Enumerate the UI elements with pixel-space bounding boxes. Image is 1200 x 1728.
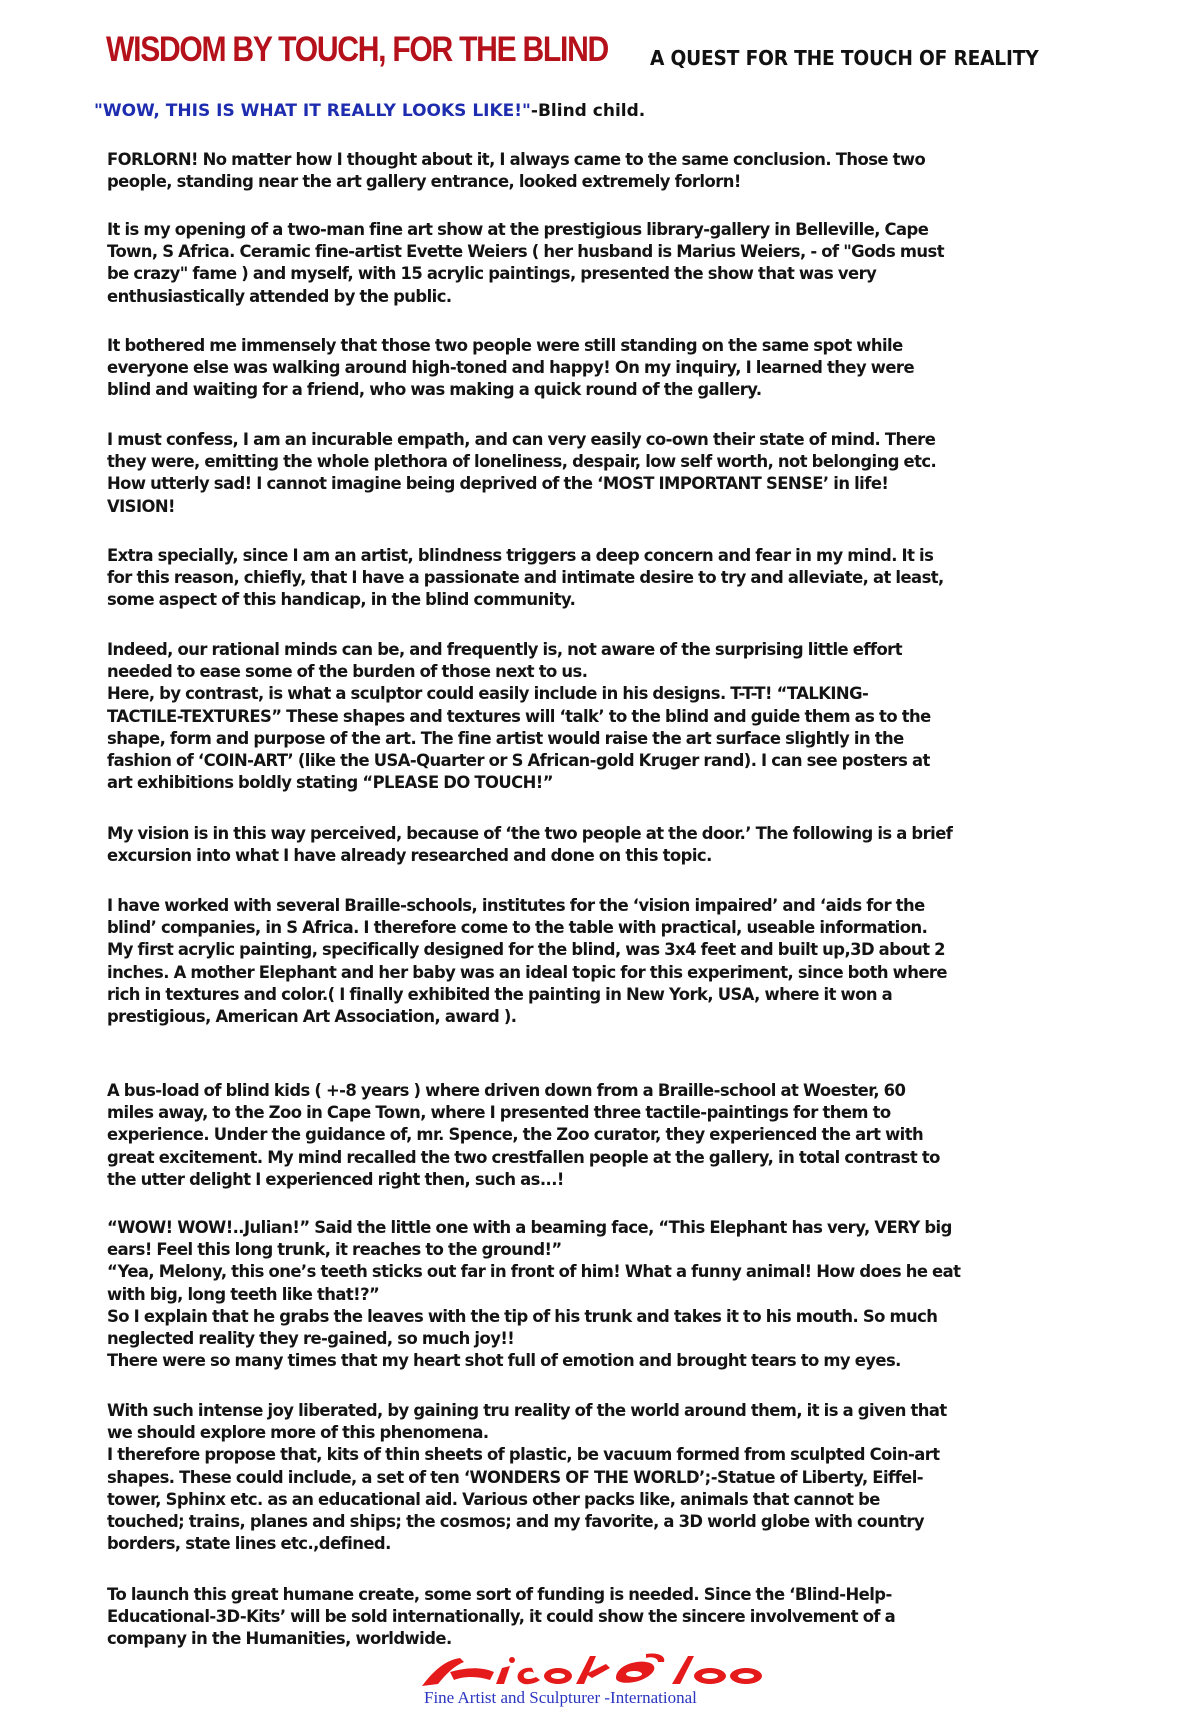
- paragraph-artist: Extra specially, since I am an artist, b…: [107, 545, 1107, 612]
- epigraph: "WOW, THIS IS WHAT IT REALLY LOOKS LIKE!…: [94, 100, 645, 122]
- text-line: for this reason, chiefly, that I have a …: [107, 567, 1107, 589]
- text-line: we should explore more of this phenomena…: [107, 1422, 1107, 1444]
- text-line: fashion of ‘COIN-ART’ (like the USA-Quar…: [107, 750, 1107, 772]
- text-line: My vision is in this way perceived, beca…: [107, 823, 1107, 845]
- text-line: miles away, to the Zoo in Cape Town, whe…: [107, 1102, 1107, 1124]
- text-line: inches. A mother Elephant and her baby w…: [107, 962, 1107, 984]
- text-line: To launch this great humane create, some…: [107, 1584, 1107, 1606]
- text-line: people, standing near the art gallery en…: [107, 171, 1107, 193]
- paragraph-bus-load: A bus-load of blind kids ( +-8 years ) w…: [107, 1080, 1107, 1191]
- paragraph-funding: To launch this great humane create, some…: [107, 1584, 1107, 1651]
- text-line: needed to ease some of the burden of tho…: [107, 661, 1107, 683]
- text-line: experience. Under the guidance of, mr. S…: [107, 1124, 1107, 1146]
- text-line: borders, state lines etc.,defined.: [107, 1533, 1107, 1555]
- text-line: How utterly sad! I cannot imagine being …: [107, 473, 1107, 495]
- text-line: There were so many times that my heart s…: [107, 1350, 1107, 1372]
- text-line: art exhibitions boldly stating “PLEASE D…: [107, 772, 1107, 794]
- text-line: “WOW! WOW!..Julian!” Said the little one…: [107, 1217, 1107, 1239]
- text-line: neglected reality they re-gained, so muc…: [107, 1328, 1107, 1350]
- paragraph-empath: I must confess, I am an incurable empath…: [107, 429, 1107, 518]
- text-line: So I explain that he grabs the leaves wi…: [107, 1306, 1107, 1328]
- paragraph-bothered: It bothered me immensely that those two …: [107, 335, 1107, 402]
- text-line: shapes. These could include, a set of te…: [107, 1467, 1107, 1489]
- text-line: TACTILE-TEXTURES” These shapes and textu…: [107, 706, 1107, 728]
- text-line: everyone else was walking around high-to…: [107, 357, 1107, 379]
- text-line: prestigious, American Art Association, a…: [107, 1006, 1107, 1028]
- paragraph-dialogue: “WOW! WOW!..Julian!” Said the little one…: [107, 1217, 1107, 1372]
- signature-tagline: Fine Artist and Sculpturer -Internationa…: [424, 1688, 697, 1708]
- paragraph-forlorn: FORLORN! No matter how I thought about i…: [107, 149, 1107, 193]
- text-line: blind and waiting for a friend, who was …: [107, 379, 1107, 401]
- text-line: It is my opening of a two-man fine art s…: [107, 219, 1107, 241]
- text-line: with big, long teeth like that!?”: [107, 1284, 1107, 1306]
- text-line: shape, form and purpose of the art. The …: [107, 728, 1107, 750]
- text-line: the utter delight I experienced right th…: [107, 1169, 1107, 1191]
- text-line: I must confess, I am an incurable empath…: [107, 429, 1107, 451]
- text-line: they were, emitting the whole plethora o…: [107, 451, 1107, 473]
- text-line: touched; trains, planes and ships; the c…: [107, 1511, 1107, 1533]
- signature-logo-icon: [420, 1650, 770, 1690]
- epigraph-quote: "WOW, THIS IS WHAT IT REALLY LOOKS LIKE!…: [94, 101, 531, 121]
- text-line: rich in textures and color.( I finally e…: [107, 984, 1107, 1006]
- text-line: blind’ companies, in S Africa. I therefo…: [107, 917, 1107, 939]
- page-subtitle: A QUEST FOR THE TOUCH OF REALITY: [650, 46, 1038, 70]
- paragraph-braille-schools: I have worked with several Braille-schoo…: [107, 895, 1107, 1028]
- text-line: enthusiastically attended by the public.: [107, 286, 1107, 308]
- text-line: Extra specially, since I am an artist, b…: [107, 545, 1107, 567]
- text-line: excursion into what I have already resea…: [107, 845, 1107, 867]
- text-line: I therefore propose that, kits of thin s…: [107, 1444, 1107, 1466]
- text-line: VISION!: [107, 496, 1107, 518]
- epigraph-attribution: -Blind child.: [531, 101, 645, 121]
- text-line: Indeed, our rational minds can be, and f…: [107, 639, 1107, 661]
- text-line: tower, Sphinx etc. as an educational aid…: [107, 1489, 1107, 1511]
- text-line: “Yea, Melony, this one’s teeth sticks ou…: [107, 1261, 1107, 1283]
- text-line: I have worked with several Braille-schoo…: [107, 895, 1107, 917]
- text-line: ears! Feel this long trunk, it reaches t…: [107, 1239, 1107, 1261]
- document-page: WISDOM BY TOUCH, FOR THE BLIND A QUEST F…: [0, 0, 1200, 1728]
- text-line: some aspect of this handicap, in the bli…: [107, 589, 1107, 611]
- text-line: It bothered me immensely that those two …: [107, 335, 1107, 357]
- text-line: My first acrylic painting, specifically …: [107, 939, 1107, 961]
- paragraph-tactile-textures: Indeed, our rational minds can be, and f…: [107, 639, 1107, 794]
- text-line: company in the Humanities, worldwide.: [107, 1628, 1107, 1650]
- page-title: WISDOM BY TOUCH, FOR THE BLIND: [106, 30, 608, 70]
- paragraph-vision: My vision is in this way perceived, beca…: [107, 823, 1107, 867]
- text-line: great excitement. My mind recalled the t…: [107, 1147, 1107, 1169]
- paragraph-opening: It is my opening of a two-man fine art s…: [107, 219, 1107, 308]
- text-line: Town, S Africa. Ceramic fine-artist Evet…: [107, 241, 1107, 263]
- text-line: With such intense joy liberated, by gain…: [107, 1400, 1107, 1422]
- text-line: A bus-load of blind kids ( +-8 years ) w…: [107, 1080, 1107, 1102]
- text-line: Here, by contrast, is what a sculptor co…: [107, 683, 1107, 705]
- text-line: Educational-3D-Kits’ will be sold intern…: [107, 1606, 1107, 1628]
- text-line: be crazy" fame ) and myself, with 15 acr…: [107, 263, 1107, 285]
- paragraph-proposal: With such intense joy liberated, by gain…: [107, 1400, 1107, 1555]
- text-line: FORLORN! No matter how I thought about i…: [107, 149, 1107, 171]
